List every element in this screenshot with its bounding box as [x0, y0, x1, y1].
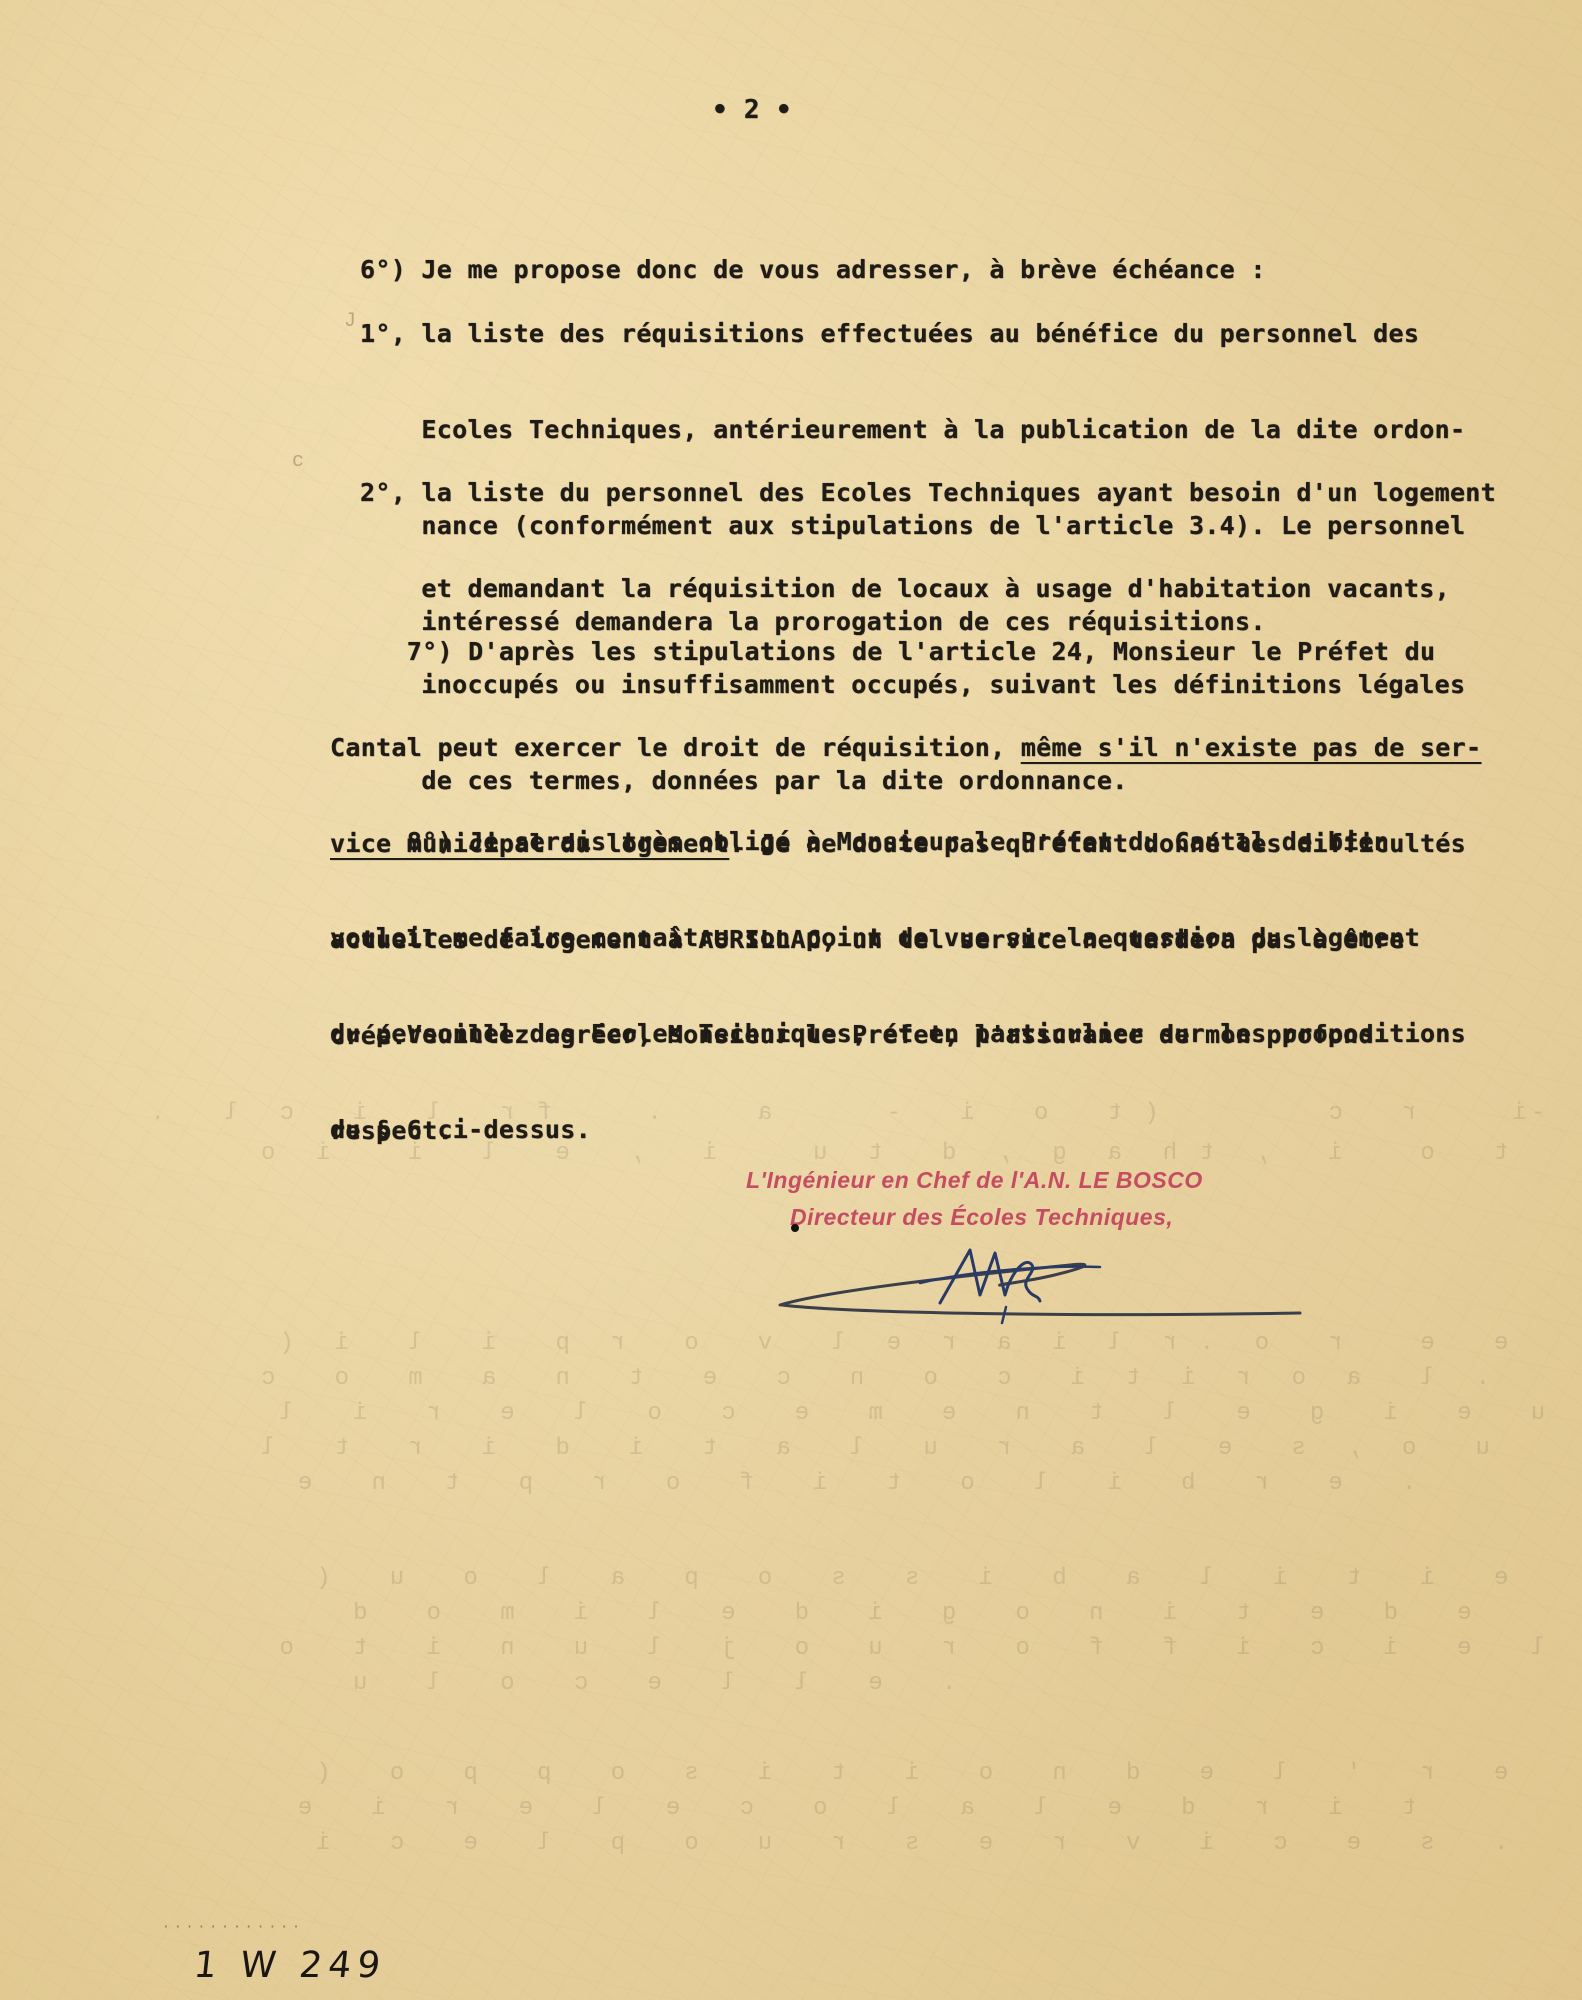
show-through-texture: e e r o . r l i a r e l v o r p i l i (: [0, 1330, 1582, 1357]
page-number: • 2 •: [712, 94, 792, 126]
paragraph-7-line: 7°) D'après les stipulations de l'articl…: [330, 636, 1550, 668]
list-item-1-line: 1°, la liste des réquisitions effectuées…: [360, 318, 1580, 350]
show-through-texture: u o , s e l a r u l a t i d i r t l: [0, 1435, 1582, 1462]
paragraph-7-text: Cantal peut exercer le droit de réquisit…: [330, 733, 1021, 762]
underlined-phrase: même s'il n'existe pas de ser-: [1021, 733, 1482, 762]
margin-mark: c: [292, 450, 304, 473]
show-through-texture: e r ' l e d n o i t i s o p p o (: [0, 1760, 1582, 1787]
stamp-subtitle: Directeur des Écoles Techniques,: [790, 1204, 1173, 1231]
show-through-texture: t i r d e l a l o c e l e r i e: [0, 1795, 1582, 1822]
margin-mark: J: [344, 310, 356, 333]
show-through-texture: e i t i l a b i s s o p a l o u (: [0, 1565, 1582, 1592]
perforation-marks: ············: [162, 1920, 304, 1935]
stamp-title: L'Ingénieur en Chef de l'A.N. LE BOSCO: [746, 1167, 1203, 1194]
paragraph-8-line: vouloir me faire connaître son point de …: [330, 922, 1550, 954]
signature-icon: [770, 1235, 1310, 1325]
paragraph-8-line: 8°) Je serais très obligé à Monsieur le …: [330, 826, 1550, 858]
ink-dot: [791, 1224, 799, 1232]
show-through-texture: e d e t i n o g i d e l i m o d: [0, 1600, 1582, 1627]
show-through-texture: l e i c i f f o r u o j l u n i t o: [0, 1635, 1582, 1662]
show-through-texture: u e i g e l t n e m e c o l e r i l: [0, 1400, 1582, 1427]
show-through-texture: . e r b i l o t i f o r p t n e: [0, 1470, 1582, 1497]
archive-reference: 1 W 249: [192, 1945, 388, 1986]
closing-line: respect.: [330, 1115, 1550, 1147]
closing-line: Veuillez agréer, Monsieur le Préfet, l'a…: [330, 1019, 1550, 1051]
list-item-2-line: 2°, la liste du personnel des Ecoles Tec…: [360, 477, 1580, 509]
show-through-texture: . e l l e c o l u: [0, 1670, 1582, 1697]
paragraph-7-line: Cantal peut exercer le droit de réquisit…: [330, 732, 1550, 764]
show-through-texture: . s e c i v r e s r u o p l e c i: [0, 1830, 1582, 1857]
show-through-texture: . l a o r i t i c o n c e t n a m o c: [0, 1365, 1582, 1392]
